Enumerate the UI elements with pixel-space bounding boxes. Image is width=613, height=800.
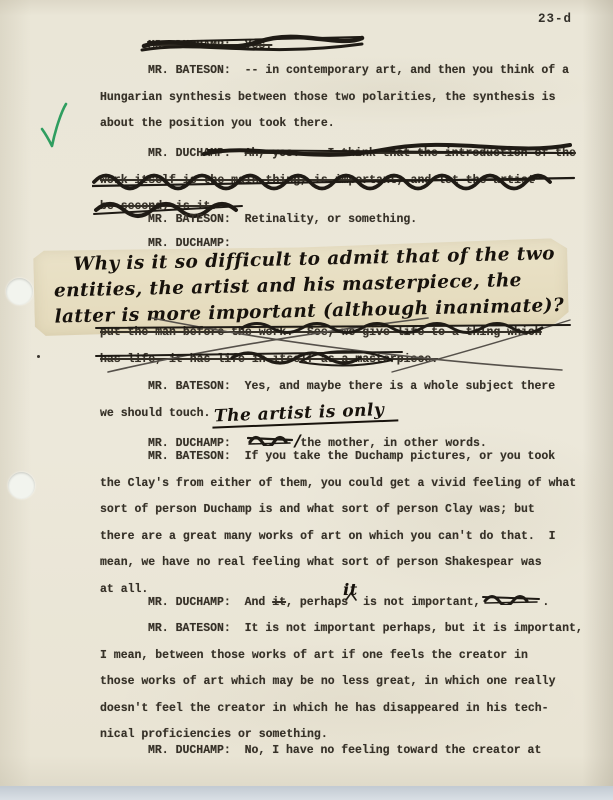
punch-hole: [6, 278, 33, 305]
caret-insertion: it: [348, 594, 356, 606]
typed-line: MR. DUCHAMP: Ah, yes. -- I think that th…: [100, 141, 576, 168]
typed-line: Hungarian synthesis between those two po…: [100, 85, 569, 112]
typed-line: put the man before the work. See, we giv…: [100, 320, 542, 347]
document-page: 23-d MR. DUCHAMP: Yes. MR. BATESON: -- i…: [0, 0, 613, 787]
typed-line: doesn't feel the creator in which he has…: [100, 696, 583, 723]
typed-line: MR. BATESON: If you take the Duchamp pic…: [100, 444, 576, 471]
typed-line: mean, we have no real feeling what sort …: [100, 550, 576, 577]
duchamp-final-paragraph: MR. DUCHAMP: No, I have no feeling towar…: [100, 738, 541, 765]
typed-line: MR. BATESON: It is not important perhaps…: [100, 616, 583, 643]
typed-line: I mean, between those works of art if on…: [100, 643, 583, 670]
scan-background-strip: [0, 786, 613, 800]
green-checkmark-icon: [38, 102, 70, 152]
typed-line: MR. DUCHAMP: No, I have no feeling towar…: [100, 738, 541, 765]
struck-opening-paragraph: MR. DUCHAMP: Yes.: [148, 33, 272, 60]
typed-line: MR. BATESON: Retinality, or something.: [100, 207, 417, 234]
typed-text: And: [245, 596, 273, 609]
typed-line: MR. DUCHAMP: And it, perhapsit is not im…: [100, 590, 549, 617]
typed-line: MR. BATESON: Yes, and maybe there is a w…: [100, 374, 555, 401]
struck-text: it: [272, 596, 286, 609]
scribbled-out-word-icon: [482, 590, 540, 617]
punch-hole: [8, 472, 35, 499]
bateson-important-paragraph: MR. BATESON: It is not important perhaps…: [100, 616, 583, 749]
struck-text: Ah, yes. -- I think that the introductio…: [245, 147, 576, 160]
typed-line: the Clay's from either of them, you coul…: [100, 471, 576, 498]
bateson-retinality-paragraph: MR. BATESON: Retinality, or something.: [100, 207, 417, 234]
typed-line: there are a great many works of art on w…: [100, 524, 576, 551]
duchamp-perhaps-paragraph: MR. DUCHAMP: And it, perhapsit is not im…: [100, 590, 549, 617]
ink-speck: [37, 355, 40, 358]
page-number: 23-d: [538, 12, 572, 26]
typed-line: MR. BATESON: -- in contemporary art, and…: [100, 58, 569, 85]
bateson-pictures-paragraph: MR. BATESON: If you take the Duchamp pic…: [100, 444, 576, 603]
typed-line: has life, it has life in itself as a mas…: [100, 347, 542, 374]
speaker-label: MR. DUCHAMP:: [148, 147, 245, 160]
bateson-contemporary-paragraph: MR. BATESON: -- in contemporary art, and…: [100, 58, 569, 138]
crossed-out-paragraph: put the man before the work. See, we giv…: [100, 320, 542, 373]
typed-text: is not important,: [356, 596, 480, 609]
typed-line: work itself is the main thing, is import…: [100, 168, 576, 195]
typed-text: , perhaps: [286, 596, 348, 609]
typed-line: those works of art which may be no less …: [100, 669, 583, 696]
speaker-label: MR. DUCHAMP:: [148, 596, 245, 609]
handwritten-insert: it: [343, 577, 357, 604]
typed-text: .: [542, 596, 549, 609]
typed-line: sort of person Duchamp is and what sort …: [100, 497, 576, 524]
typed-line: about the position you took there.: [100, 111, 569, 138]
typed-line: MR. DUCHAMP: Yes.: [148, 33, 272, 60]
